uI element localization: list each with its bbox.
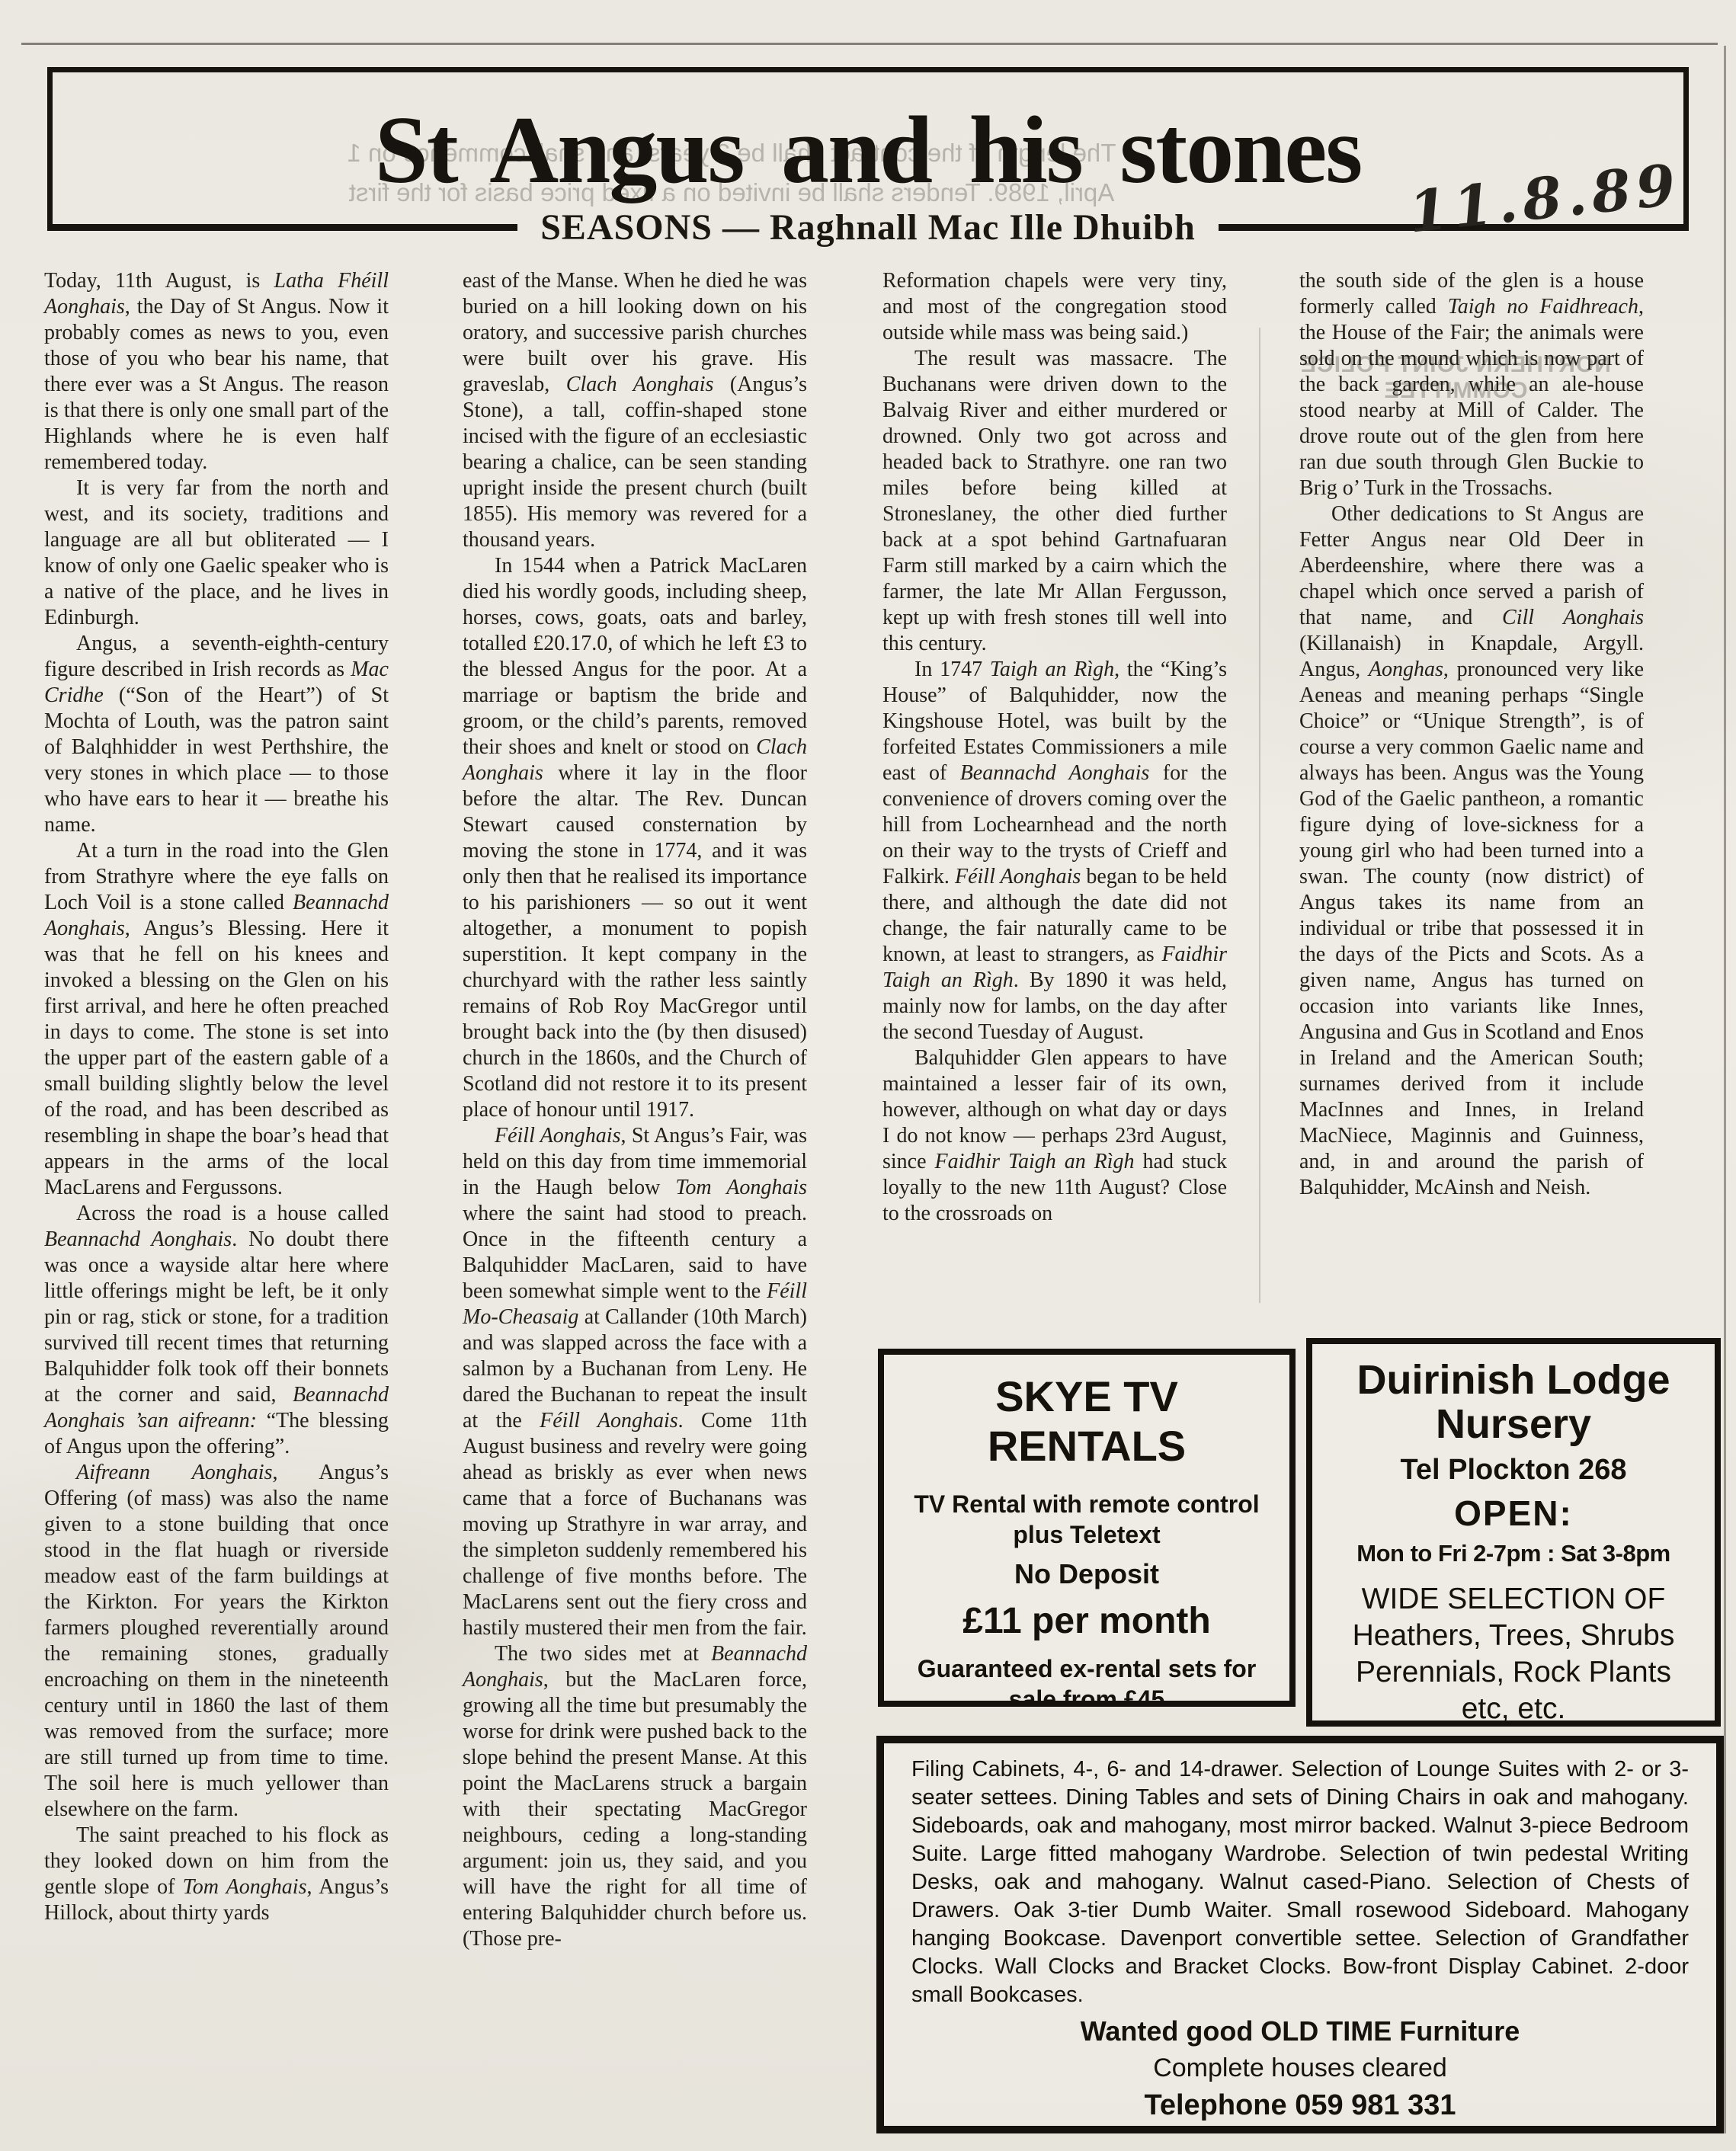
article-paragraph: Balquhidder Glen appears to have maintai… [882, 1045, 1227, 1227]
ad-line: Heathers, Trees, Shrubs [1328, 1618, 1699, 1654]
ad-lines: TV Rental with remote control plus Telet… [902, 1489, 1271, 1707]
article-paragraph: The result was massacre. The Buchanans w… [882, 346, 1227, 657]
article-paragraph: In 1544 when a Patrick MacLaren died his… [463, 553, 807, 1123]
ad-line: WIDE SELECTION OF [1328, 1581, 1699, 1618]
article-paragraph: the south side of the glen is a house fo… [1299, 268, 1644, 501]
byline-dash: — [722, 207, 760, 248]
author-name: Raghnall Mac Ille Dhuibh [770, 207, 1196, 248]
clipping-edge-right [1724, 46, 1726, 2133]
ad-title: Duirinish Lodge Nursery [1328, 1358, 1699, 1446]
skye-tv-rentals-ad: SKYE TV RENTALS TV Rental with remote co… [878, 1349, 1296, 1707]
ad-line: No Deposit [902, 1559, 1271, 1589]
byline-text: SEASONS — Raghnall Mac Ille Dhuibh [540, 206, 1196, 248]
ad-line: Guaranteed ex-rental sets for sale from … [902, 1653, 1271, 1707]
furniture-ad: Filing Cabinets, 4-, 6- and 14-drawer. S… [876, 1736, 1724, 2133]
article-paragraph: Angus, a seventh-eighth-century figure d… [44, 631, 389, 838]
article-paragraph: Aifreann Aonghais, Angus’s Offering (of … [44, 1460, 389, 1823]
article-paragraph: Reformation chapels were very tiny, and … [882, 268, 1227, 346]
article-column-1: Today, 11th August, is Latha Fhéill Aong… [44, 268, 389, 1926]
ad-line: Perennials, Rock Plants [1328, 1654, 1699, 1691]
series-label: SEASONS [540, 207, 713, 248]
article-column-2: east of the Manse. When he died he was b… [463, 268, 807, 1952]
article-column-3: Reformation chapels were very tiny, and … [882, 268, 1227, 1227]
article-paragraph: It is very far from the north and west, … [44, 475, 389, 631]
article-column-4: the south side of the glen is a house fo… [1299, 268, 1644, 1201]
ad-lines: WIDE SELECTION OFHeathers, Trees, Shrubs… [1328, 1581, 1699, 1727]
ad-phone: Tel Plockton 268 [1328, 1454, 1699, 1487]
ad-open-label: OPEN: [1328, 1493, 1699, 1534]
article-paragraph: Across the road is a house called Beanna… [44, 1201, 389, 1460]
ad-hours: Mon to Fri 2-7pm : Sat 3-8pm [1328, 1540, 1699, 1567]
article-paragraph: The saint preached to his flock as they … [44, 1823, 389, 1926]
ad-body: Filing Cabinets, 4-, 6- and 14-drawer. S… [911, 1756, 1689, 2009]
ad-line: TV Rental with remote control plus Telet… [902, 1489, 1271, 1550]
ad-phone: Telephone 059 981 331 [911, 2089, 1689, 2122]
duirinish-nursery-ad: Duirinish Lodge Nursery Tel Plockton 268… [1306, 1338, 1721, 1727]
byline-rule-left [47, 224, 517, 231]
article-paragraph: In 1747 Taigh an Rìgh, the “King’s House… [882, 657, 1227, 1045]
ad-line: £11 per month [902, 1602, 1271, 1641]
column-rule [1259, 328, 1260, 1303]
article-paragraph: Féill Aonghais, St Angus’s Fair, was hel… [463, 1123, 807, 1641]
article-paragraph: east of the Manse. When he died he was b… [463, 268, 807, 553]
clipping-edge-top [21, 43, 1718, 45]
article-paragraph: Today, 11th August, is Latha Fhéill Aong… [44, 268, 389, 475]
ad-cleared-line: Complete houses cleared [911, 2053, 1689, 2083]
article-paragraph: At a turn in the road into the Glen from… [44, 838, 389, 1201]
ad-wanted-line: Wanted good OLD TIME Furniture [911, 2015, 1689, 2047]
ad-line: etc, etc. [1328, 1691, 1699, 1727]
article-paragraph: The two sides met at Beannachd Aonghais,… [463, 1641, 807, 1952]
newspaper-clipping: The length of the contract shall be 3 ye… [0, 0, 1736, 2151]
ad-title: SKYE TV RENTALS [902, 1372, 1271, 1471]
article-paragraph: Other dedications to St Angus are Fetter… [1299, 501, 1644, 1201]
